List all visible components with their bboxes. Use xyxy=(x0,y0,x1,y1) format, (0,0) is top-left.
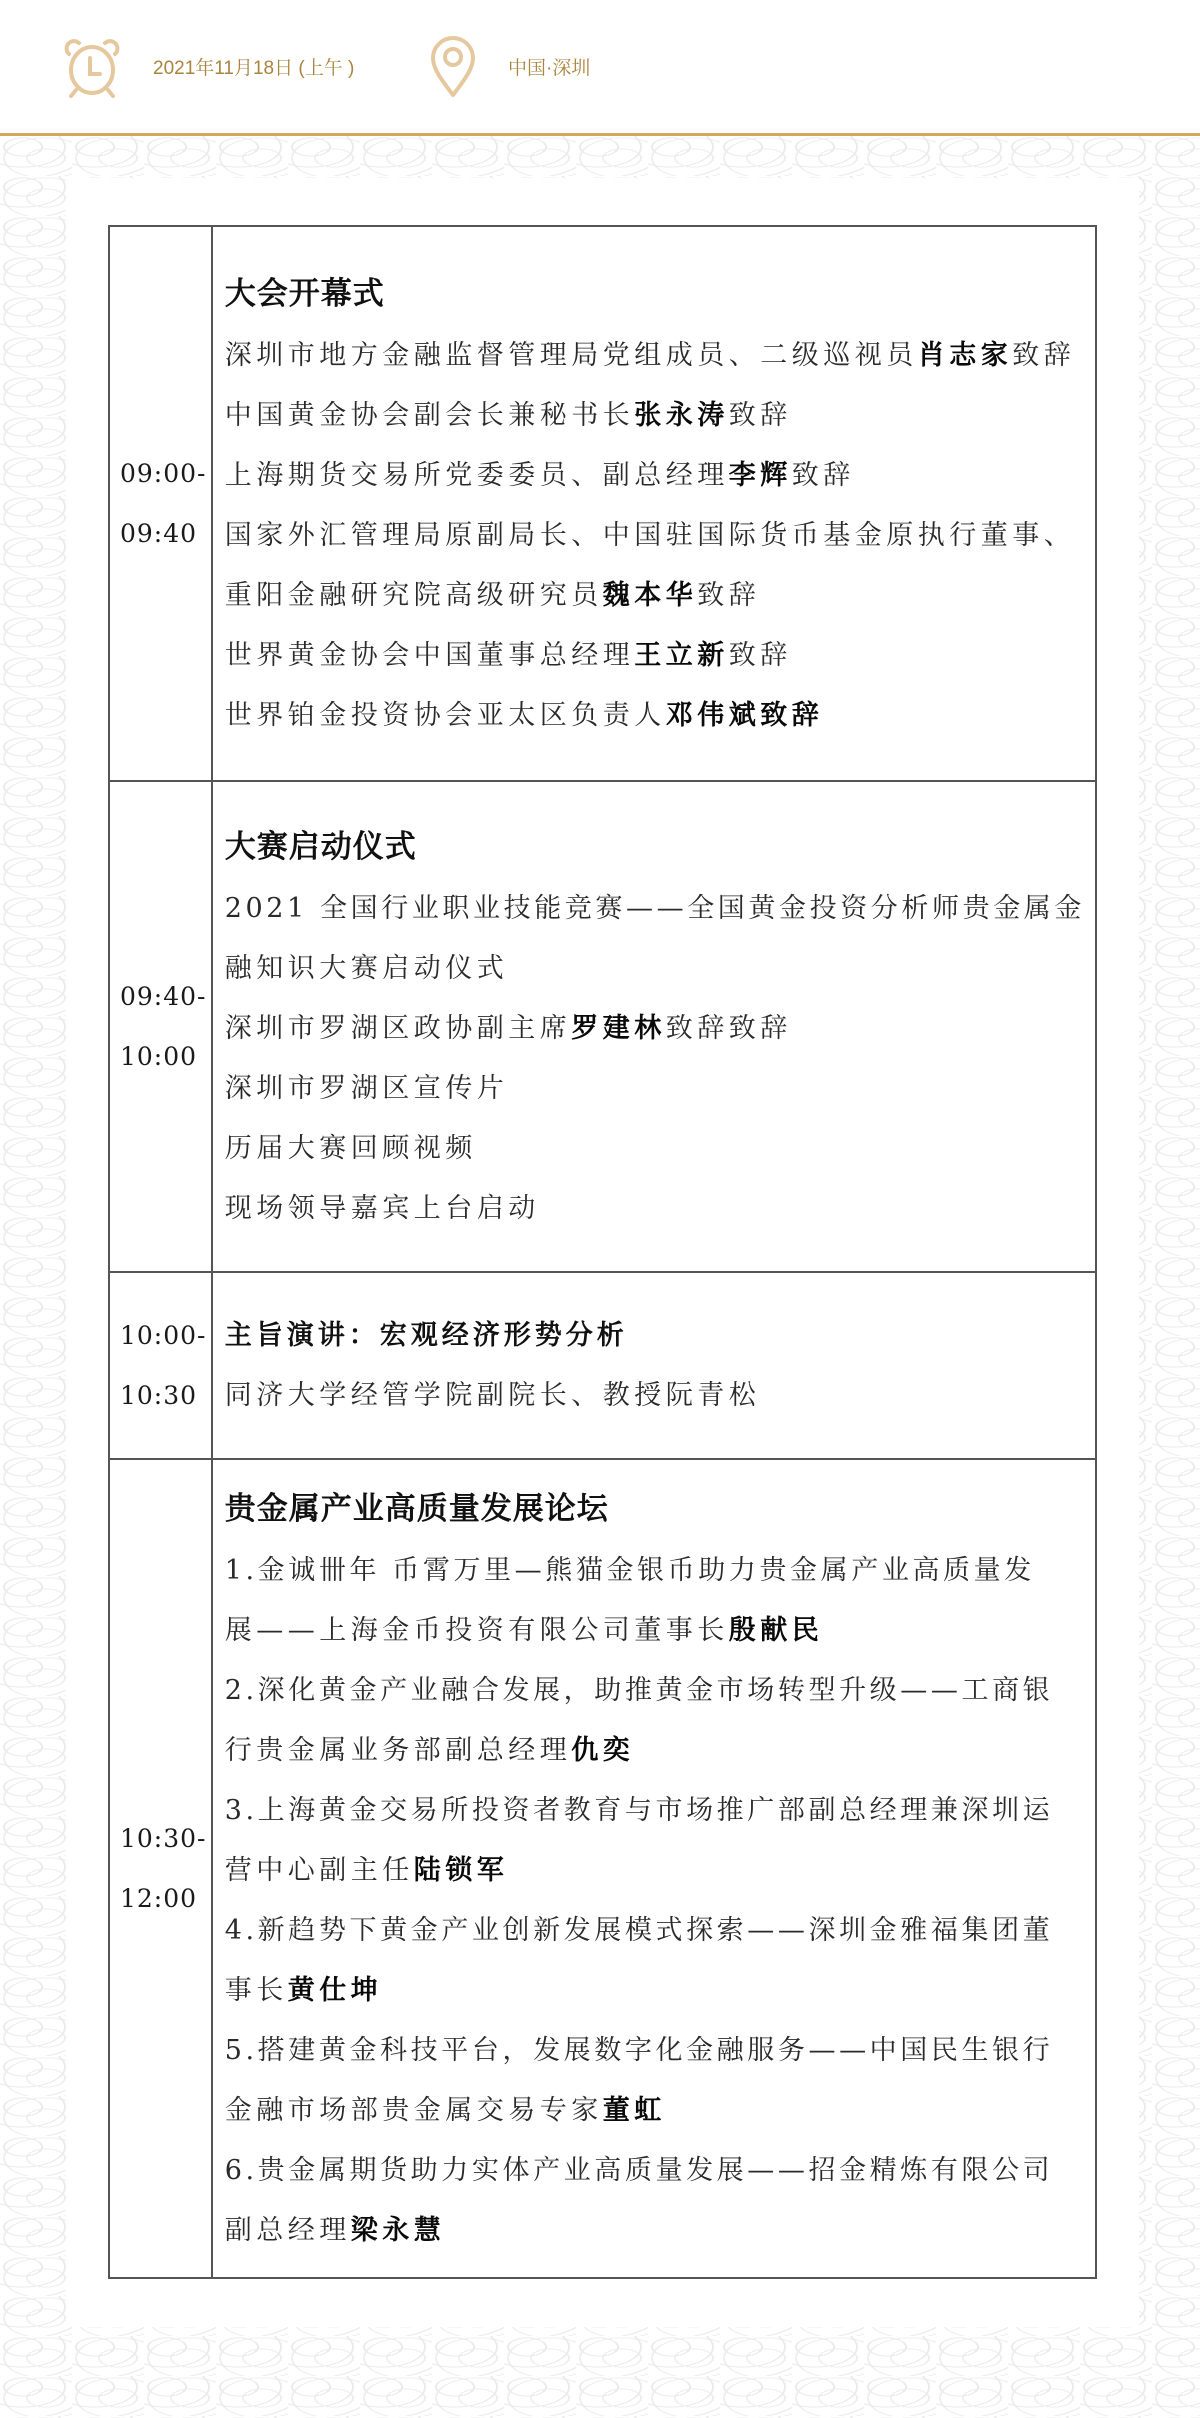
alarm-clock-icon xyxy=(63,36,121,98)
event-date-text: 2021年11月18日 (上午 ) xyxy=(153,53,354,80)
session-cell: 大赛启动仪式 2021 全国行业职业技能竞赛——全国黄金投资分析师贵金属金 融知… xyxy=(212,781,1096,1272)
time-start: 09:40- xyxy=(120,967,211,1027)
event-location: 中国·深圳 xyxy=(430,0,590,133)
speaker-name: 陆锁军 xyxy=(414,1855,509,1886)
speaker-name: 张永涛 xyxy=(634,400,729,431)
session-line: 5.搭建黄金科技平台，发展数字化金融服务——中国民生银行 xyxy=(225,2021,1085,2081)
speaker-name: 黄仕坤 xyxy=(288,1975,383,2006)
session-line: 国家外汇管理局原副局长、中国驻国际货币基金原执行董事、 xyxy=(225,506,1085,566)
speaker-name: 罗建林 xyxy=(571,1013,666,1044)
time-end: 09:40 xyxy=(120,504,211,564)
session-line: 重阳金融研究院高级研究员魏本华致辞 xyxy=(225,566,1085,626)
time-cell: 10:00- 10:30 xyxy=(109,1272,212,1459)
time-cell: 10:30- 12:00 xyxy=(109,1459,212,2278)
session-title: 贵金属产业高质量发展论坛 xyxy=(225,1477,1085,1541)
session-title: 大赛启动仪式 xyxy=(225,815,1085,879)
agenda-table: 09:00- 09:40 大会开幕式 深圳市地方金融监督管理局党组成员、二级巡视… xyxy=(108,225,1097,2279)
speaker-name: 殷献民 xyxy=(729,1615,824,1646)
session-line: 深圳市罗湖区政协副主席罗建林致辞致辞 xyxy=(225,999,1085,1059)
agenda-row: 09:00- 09:40 大会开幕式 深圳市地方金融监督管理局党组成员、二级巡视… xyxy=(109,226,1096,781)
session-line: 深圳市罗湖区宣传片 xyxy=(225,1059,1085,1119)
map-pin-icon xyxy=(430,36,476,98)
event-date: 2021年11月18日 (上午 ) xyxy=(63,0,354,133)
session-line: 融知识大赛启动仪式 xyxy=(225,939,1085,999)
time-cell: 09:40- 10:00 xyxy=(109,781,212,1272)
session-line: 历届大赛回顾视频 xyxy=(225,1119,1085,1179)
speaker-name: 魏本华 xyxy=(603,580,698,611)
session-line: 营中心副主任陆锁军 xyxy=(225,1841,1085,1901)
agenda-row: 10:30- 12:00 贵金属产业高质量发展论坛 1.金诚卌年 币霄万里—熊猫… xyxy=(109,1459,1096,2278)
speaker-name: 董虹 xyxy=(603,2095,666,2126)
time-end: 12:00 xyxy=(120,1869,211,1929)
session-line: 6.贵金属期货助力实体产业高质量发展——招金精炼有限公司 xyxy=(225,2141,1085,2201)
session-title: 主旨演讲：宏观经济形势分析 xyxy=(225,1306,1085,1366)
session-line: 世界铂金投资协会亚太区负责人邓伟斌致辞 xyxy=(225,686,1085,746)
speaker-name: 梁永慧 xyxy=(351,2215,446,2246)
speaker-name: 李辉 xyxy=(729,460,792,491)
session-title: 大会开幕式 xyxy=(225,262,1085,326)
speaker-name: 邓伟斌致辞 xyxy=(666,700,824,731)
speaker-name: 仇奕 xyxy=(571,1735,634,1766)
speaker-name: 肖志家 xyxy=(918,340,1013,371)
event-info-header: 2021年11月18日 (上午 ) 中国·深圳 xyxy=(0,0,1200,133)
time-end: 10:30 xyxy=(120,1366,211,1426)
time-start: 10:00- xyxy=(120,1306,211,1366)
session-line: 深圳市地方金融监督管理局党组成员、二级巡视员肖志家致辞 xyxy=(225,326,1085,386)
session-line: 1.金诚卌年 币霄万里—熊猫金银币助力贵金属产业高质量发 xyxy=(225,1541,1085,1601)
session-line: 现场领导嘉宾上台启动 xyxy=(225,1179,1085,1239)
session-line: 世界黄金协会中国董事总经理王立新致辞 xyxy=(225,626,1085,686)
session-line: 上海期货交易所党委委员、副总经理李辉致辞 xyxy=(225,446,1085,506)
session-line: 展——上海金币投资有限公司董事长殷献民 xyxy=(225,1601,1085,1661)
session-line: 副总经理梁永慧 xyxy=(225,2201,1085,2261)
time-end: 10:00 xyxy=(120,1027,211,1087)
session-line: 事长黄仕坤 xyxy=(225,1961,1085,2021)
session-line: 行贵金属业务部副总经理仇奕 xyxy=(225,1721,1085,1781)
session-cell: 贵金属产业高质量发展论坛 1.金诚卌年 币霄万里—熊猫金银币助力贵金属产业高质量… xyxy=(212,1459,1096,2278)
session-line: 3.上海黄金交易所投资者教育与市场推广部副总经理兼深圳运 xyxy=(225,1781,1085,1841)
speaker-name: 王立新 xyxy=(634,640,729,671)
session-cell: 大会开幕式 深圳市地方金融监督管理局党组成员、二级巡视员肖志家致辞 中国黄金协会… xyxy=(212,226,1096,781)
session-line: 同济大学经管学院副院长、教授阮青松 xyxy=(225,1366,1085,1426)
session-line: 2.深化黄金产业融合发展，助推黄金市场转型升级——工商银 xyxy=(225,1661,1085,1721)
session-cell: 主旨演讲：宏观经济形势分析 同济大学经管学院副院长、教授阮青松 xyxy=(212,1272,1096,1459)
session-line: 4.新趋势下黄金产业创新发展模式探索——深圳金雅福集团董 xyxy=(225,1901,1085,1961)
session-line: 2021 全国行业职业技能竞赛——全国黄金投资分析师贵金属金 xyxy=(225,879,1085,939)
session-line: 中国黄金协会副会长兼秘书长张永涛致辞 xyxy=(225,386,1085,446)
session-line: 金融市场部贵金属交易专家董虹 xyxy=(225,2081,1085,2141)
event-location-text: 中国·深圳 xyxy=(508,53,590,80)
agenda-row: 10:00- 10:30 主旨演讲：宏观经济形势分析 同济大学经管学院副院长、教… xyxy=(109,1272,1096,1459)
agenda-row: 09:40- 10:00 大赛启动仪式 2021 全国行业职业技能竞赛——全国黄… xyxy=(109,781,1096,1272)
time-start: 09:00- xyxy=(120,444,211,504)
time-start: 10:30- xyxy=(120,1809,211,1869)
time-cell: 09:00- 09:40 xyxy=(109,226,212,781)
